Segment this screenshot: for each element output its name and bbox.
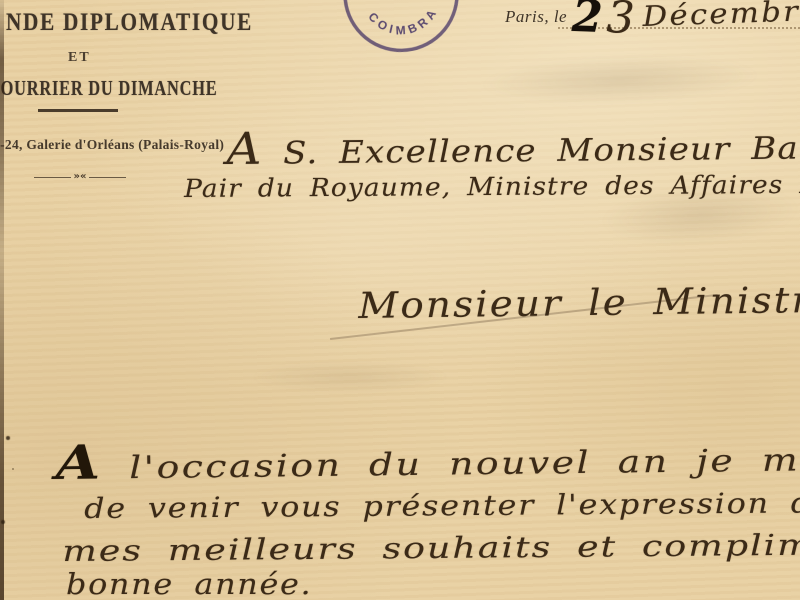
body-line-2: de venir vous présenter l'expression de … [84,486,800,525]
letterhead-address: 22-24, Galerie d'Orléans (Palais-Royal) [0,137,224,153]
scan-left-edge-shadow [0,0,4,600]
stamp-bottom-arc-text: COIMBRA [365,3,444,41]
ornament-glyph: »« [74,172,87,182]
body-line-1: A l'occasion du nouvel an je me fa [55,426,800,491]
handwritten-month: Décembre [642,0,800,33]
letterhead-conjunction: ET [68,50,91,66]
coimbra-ink-stamp: DADE DE COIMBRA [331,0,480,65]
bleed-through-mark [479,50,761,110]
bleed-through-mark [250,360,450,394]
letterhead-divider-rule [38,109,118,112]
body-line-4: bonne année. [66,567,312,600]
body-line-3: mes meilleurs souhaits et complimen [62,527,800,568]
ink-speckles [0,0,2,2]
letterhead-title-line2: COURRIER DU DIMANCHE [0,76,217,101]
letterhead-title-line1: NDE DIPLOMATIQUE [6,9,253,37]
recipient-line-1: A S. Excellence Monsieur Barbosa [226,118,800,175]
ornament-line [89,177,126,178]
stamp-graphic: DADE DE COIMBRA [331,0,480,65]
ornament-line [34,177,71,178]
salutation: Monsieur le Ministre, [358,280,800,327]
letterhead-ornament: »« [34,172,126,182]
recipient-line-2: Pair du Royaume, Ministre des Affaires É… [184,169,800,203]
scanned-letter-page: NDE DIPLOMATIQUE ET COURRIER DU DIMANCHE… [0,0,800,600]
handwritten-day: 23 [571,0,639,44]
